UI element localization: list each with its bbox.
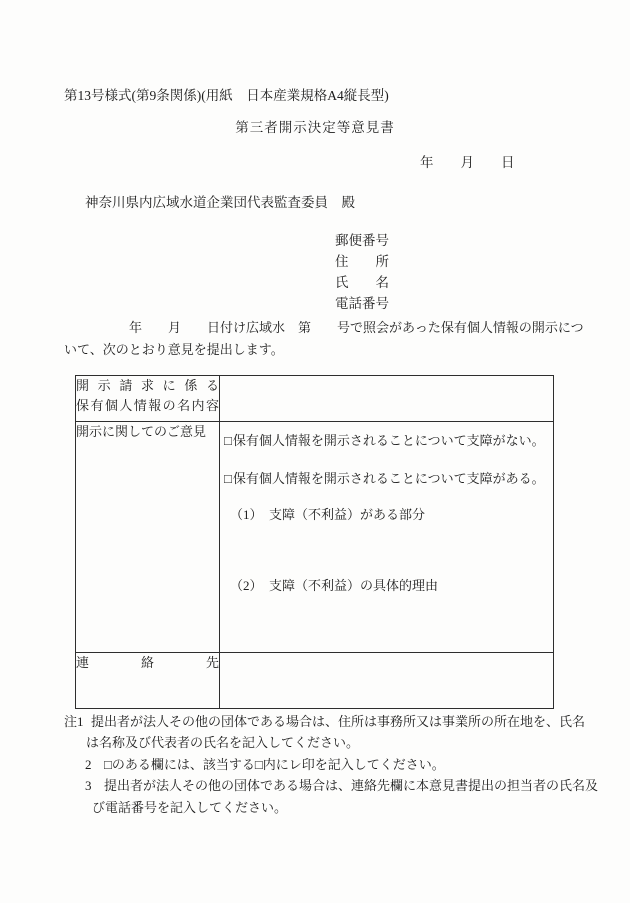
- note-1-text-line1: 提出者が法人その他の団体である場合は、住所は事務所又は事業所の所在地を、氏名: [91, 714, 585, 729]
- opinion-table: 開示請求に係る 保有個人情報の名内容 開示に関してのご意見 □保有個人情報を開示…: [75, 375, 554, 709]
- checkbox-icon: □: [224, 433, 232, 448]
- checkbox-icon: □: [224, 471, 232, 486]
- note-1-text-line2: は名称及び代表者の氏名を記入してください。: [86, 732, 598, 753]
- option-no-objection-label: 保有個人情報を開示されることについて支障がない。: [233, 433, 545, 448]
- table-row-request-name: 開示請求に係る 保有個人情報の名内容: [76, 376, 554, 422]
- option-objection: □保有個人情報を開示されることについて支障がある。: [224, 468, 545, 487]
- note-2-marker: 2: [85, 754, 104, 775]
- body-line-2: いて、次のとおり意見を提出します。: [64, 339, 584, 361]
- note-3-marker: 3: [85, 775, 104, 796]
- row1-label-line1: 開示請求に係る: [76, 376, 219, 396]
- option-no-objection: □保有個人情報を開示されることについて支障がない。: [224, 430, 545, 449]
- row3-label-cell: 連絡先: [76, 653, 220, 709]
- table-row-contact: 連絡先: [76, 653, 554, 709]
- form-number-line: 第13号様式(第9条関係)(用紙 日本産業規格A4縦長型): [64, 84, 389, 104]
- table-row-opinion: 開示に関してのご意見 □保有個人情報を開示されることについて支障がない。 □保有…: [76, 422, 554, 653]
- note-1: 注1提出者が法人その他の団体である場合は、住所は事務所又は事業所の所在地を、氏名…: [64, 711, 598, 754]
- body-line-1: 年 月 日付け広域水 第 号で照会があった保有個人情報の開示につ: [64, 317, 584, 339]
- note-2: 2□のある欄には、該当する□内にレ印を記入してください。: [64, 754, 598, 775]
- row3-label: 連絡先: [76, 653, 219, 673]
- note-3-text-line2: び電話番号を記入してください。: [92, 797, 598, 818]
- date-blank-line: 年 月 日: [420, 151, 515, 171]
- note-1-marker: 注1: [64, 711, 91, 732]
- objection-reason-item: （2） 支障（不利益）の具体的理由: [230, 575, 438, 594]
- row1-value-cell: [220, 376, 554, 422]
- sender-address-label: 住 所: [335, 251, 389, 272]
- note-2-text-line1: □のある欄には、該当する□内にレ印を記入してください。: [104, 757, 445, 772]
- body-paragraph: 年 月 日付け広域水 第 号で照会があった保有個人情報の開示につ いて、次のとお…: [64, 317, 584, 361]
- row2-value-cell: □保有個人情報を開示されることについて支障がない。 □保有個人情報を開示されるこ…: [220, 422, 554, 653]
- note-3-text-line1: 提出者が法人その他の団体である場合は、連絡先欄に本意見書提出の担当者の氏名及: [104, 778, 598, 793]
- page-title: 第三者開示決定等意見書: [0, 116, 630, 136]
- notes-section: 注1提出者が法人その他の団体である場合は、住所は事務所又は事業所の所在地を、氏名…: [64, 711, 598, 818]
- sender-block: 郵便番号 住 所 氏 名 電話番号: [335, 230, 389, 314]
- row1-label-line2: 保有個人情報の名内容: [76, 396, 219, 416]
- sender-phone-label: 電話番号: [335, 293, 389, 314]
- row1-label-cell: 開示請求に係る 保有個人情報の名内容: [76, 376, 220, 422]
- row2-label: 開示に関してのご意見: [76, 422, 219, 442]
- sender-name-label: 氏 名: [335, 272, 389, 293]
- row2-label-cell: 開示に関してのご意見: [76, 422, 220, 653]
- addressee-line: 神奈川県内広域水道企業団代表監査委員 殿: [85, 191, 355, 211]
- note-3: 3提出者が法人その他の団体である場合は、連絡先欄に本意見書提出の担当者の氏名及 …: [64, 775, 598, 818]
- row3-value-cell: [220, 653, 554, 709]
- objection-part-item: （1） 支障（不利益）がある部分: [230, 504, 425, 523]
- sender-postal-label: 郵便番号: [335, 230, 389, 251]
- option-objection-label: 保有個人情報を開示されることについて支障がある。: [233, 471, 545, 486]
